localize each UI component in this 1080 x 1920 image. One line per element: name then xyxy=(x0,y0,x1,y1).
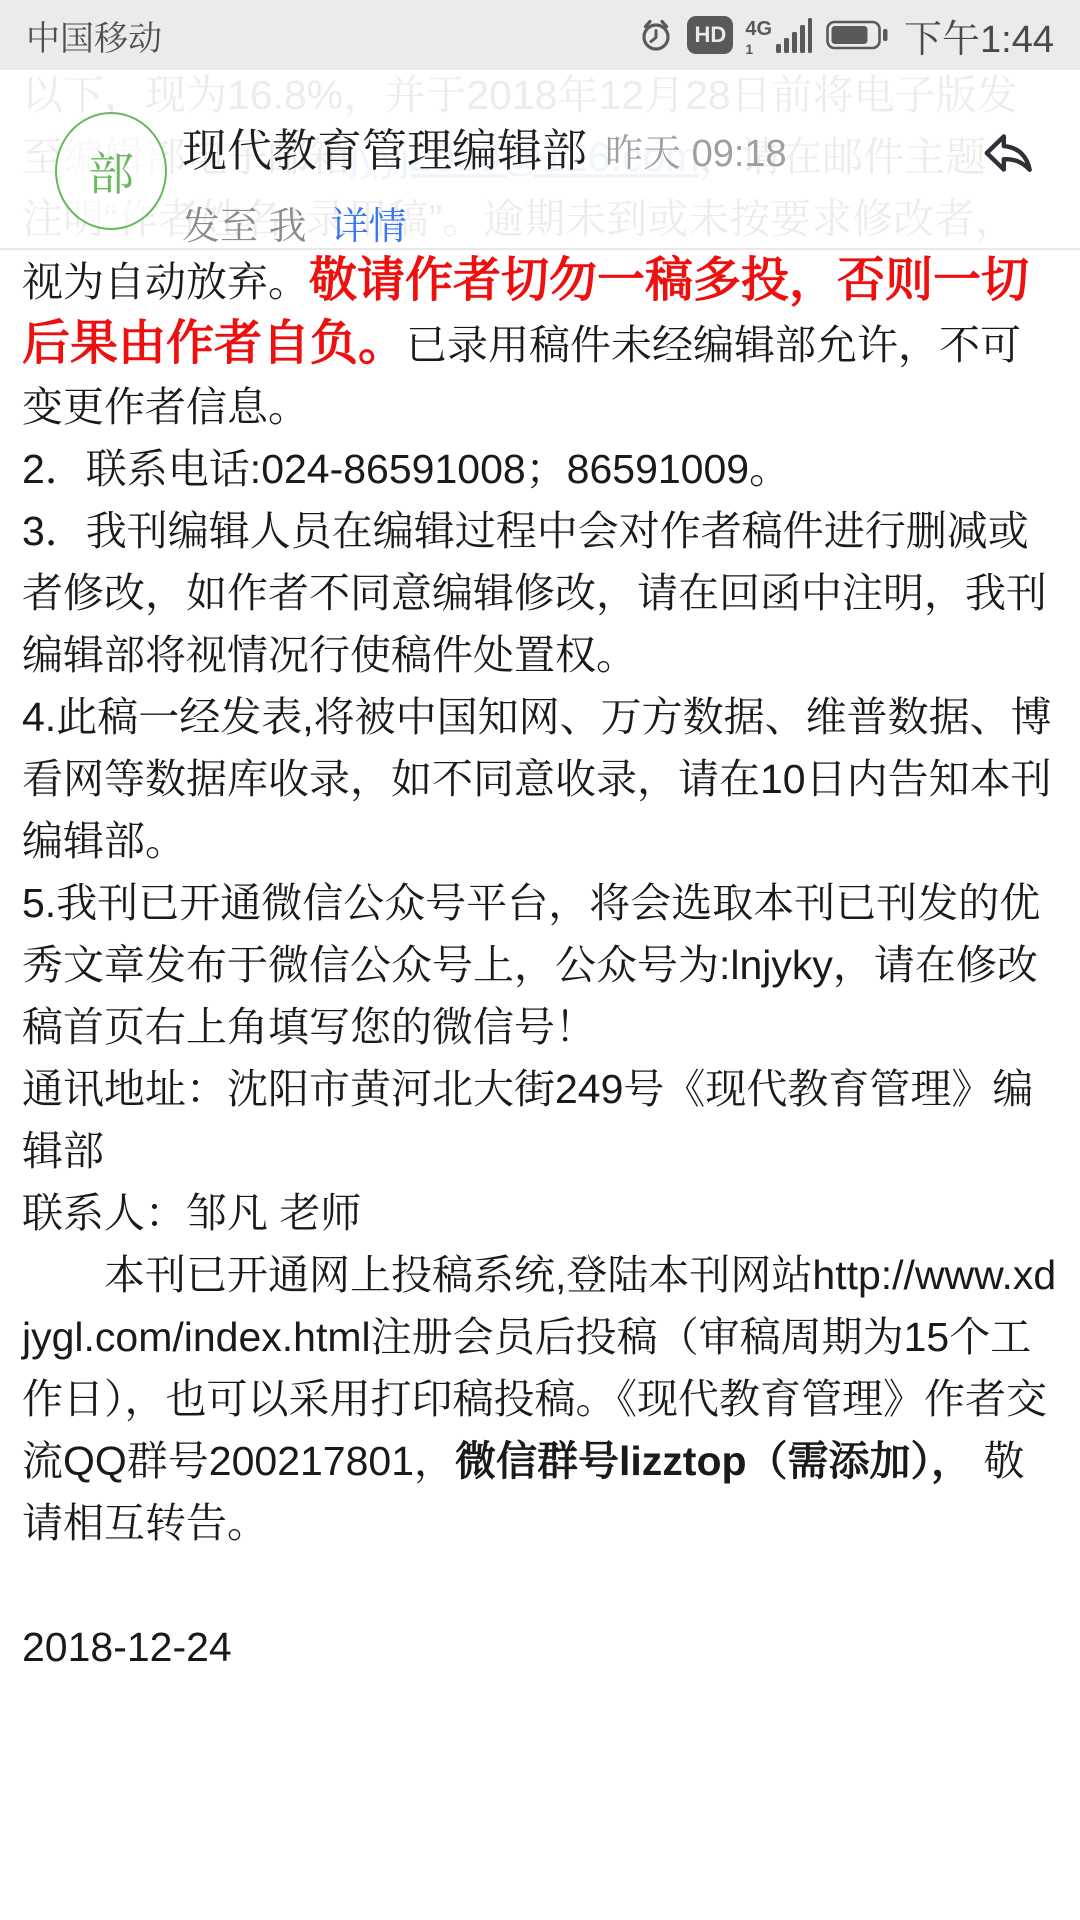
body-paragraph: 5.我刊已开通微信公众号平台，将会选取本刊已刊发的优秀文章发布于微信公众号上，公… xyxy=(22,872,1058,1058)
hd-badge-label: HD xyxy=(687,16,733,54)
body-text: 5.我刊已开通微信公众号平台，将会选取本刊已刊发的优秀文章发布于微信公众号上，公… xyxy=(22,880,1040,1050)
sender-avatar[interactable]: 部 xyxy=(55,112,167,230)
body-paragraph: 通讯地址：沈阳市黄河北大街249号《现代教育管理》编辑部 xyxy=(22,1058,1058,1182)
body-paragraph: 视为自动放弃。敬请作者切勿一稿多投，否则一切后果由作者自负。已录用稿件未经编辑部… xyxy=(22,250,1058,438)
body-text: 微信群号lizztop（需添加）， xyxy=(455,1438,983,1484)
hd-icon: HD xyxy=(687,16,733,54)
email-body[interactable]: 视为自动放弃。敬请作者切勿一稿多投，否则一切后果由作者自负。已录用稿件未经编辑部… xyxy=(0,250,1080,1920)
battery-icon xyxy=(826,18,888,52)
sent-time: 昨天 09:18 xyxy=(605,122,787,177)
sender-name: 现代教育管理编辑部 xyxy=(182,114,587,179)
details-link[interactable]: 详情 xyxy=(331,195,407,250)
body-paragraph: 本刊已开通网上投稿系统,登陆本刊网站http://www.xdjygl.com/… xyxy=(22,1244,1058,1554)
body-text: 联系人：邹凡 老师 xyxy=(22,1190,361,1236)
email-detail-screen: 中国移动 HD 4G 1 xyxy=(0,0,1080,1920)
body-paragraph: 2．联系电话:024-86591008；86591009。 xyxy=(22,438,1058,500)
body-paragraph: 联系人：邹凡 老师 xyxy=(22,1182,1058,1244)
reply-button[interactable] xyxy=(976,122,1042,186)
status-bar: 中国移动 HD 4G 1 xyxy=(0,0,1080,70)
body-text: 视为自动放弃。 xyxy=(22,259,309,305)
network-type-label: 4G xyxy=(745,19,772,39)
body-paragraph: 3．我刊编辑人员在编辑过程中会对作者稿件进行删减或者修改，如作者不同意编辑修改，… xyxy=(22,500,1058,686)
body-paragraph: 2018-12-24 xyxy=(22,1616,1058,1678)
signal-bars-icon: 4G 1 xyxy=(745,14,812,56)
avatar-initial: 部 xyxy=(88,138,134,204)
clock-time: 下午1:44 xyxy=(904,8,1054,63)
body-text: 4.此稿一经发表,将被中国知网、万方数据、维普数据、博看网等数据库收录，如不同意… xyxy=(22,694,1052,864)
body-paragraph xyxy=(22,1554,1058,1616)
body-text: 通讯地址：沈阳市黄河北大街249号《现代教育管理》编辑部 xyxy=(22,1066,1033,1174)
body-text: 2．联系电话:024-86591008；86591009。 xyxy=(22,446,790,492)
body-paragraph: 4.此稿一经发表,将被中国知网、万方数据、维普数据、博看网等数据库收录，如不同意… xyxy=(22,686,1058,872)
mail-header: 以下，现为16.8%，并于2018年12月28日前将电子版发 至编辑部电子邮箱j… xyxy=(0,70,1080,250)
body-text: 2018-12-24 xyxy=(22,1624,232,1670)
carrier-label: 中国移动 xyxy=(26,11,162,60)
reply-arrow-icon xyxy=(977,172,1041,187)
recipient-label: 发至 我 xyxy=(182,195,307,250)
alarm-icon xyxy=(639,17,673,53)
body-text: 3．我刊编辑人员在编辑过程中会对作者稿件进行删减或者修改，如作者不同意编辑修改，… xyxy=(22,508,1047,678)
sim2-label: 1 xyxy=(745,42,753,56)
